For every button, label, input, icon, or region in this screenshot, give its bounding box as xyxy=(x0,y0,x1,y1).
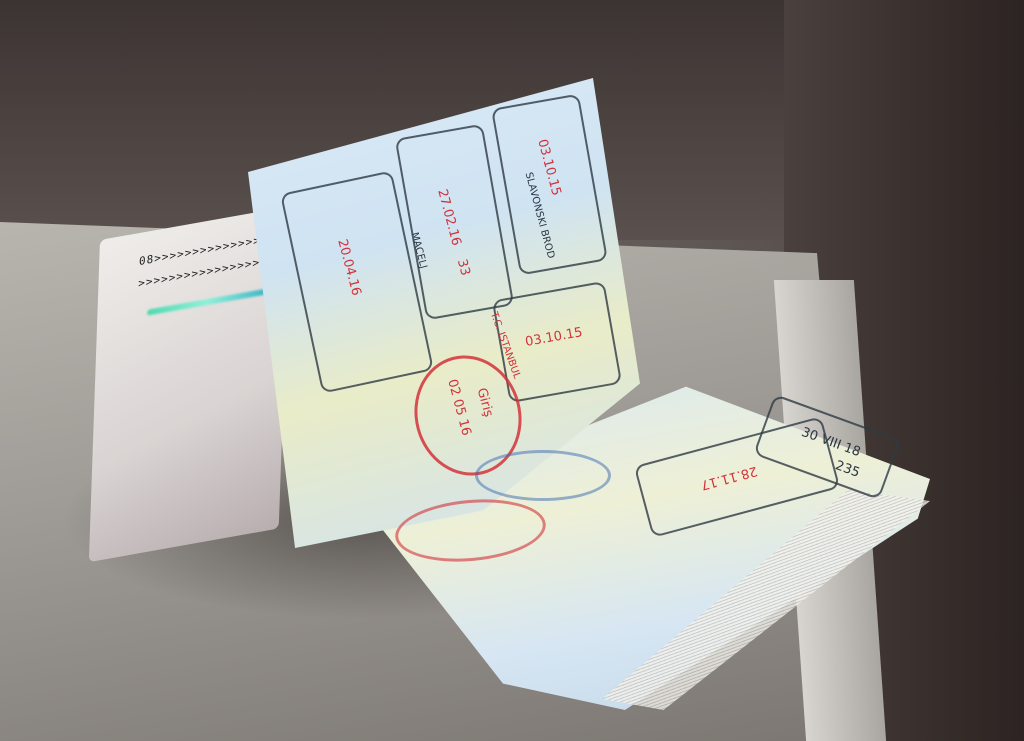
photo-scene: 08>>>>>>>>>>>>>>>96292 >>>>>>>>>>>>>>>>>… xyxy=(0,0,1024,741)
stamp-blue-oval xyxy=(475,450,611,501)
hologram-strip xyxy=(147,288,267,315)
